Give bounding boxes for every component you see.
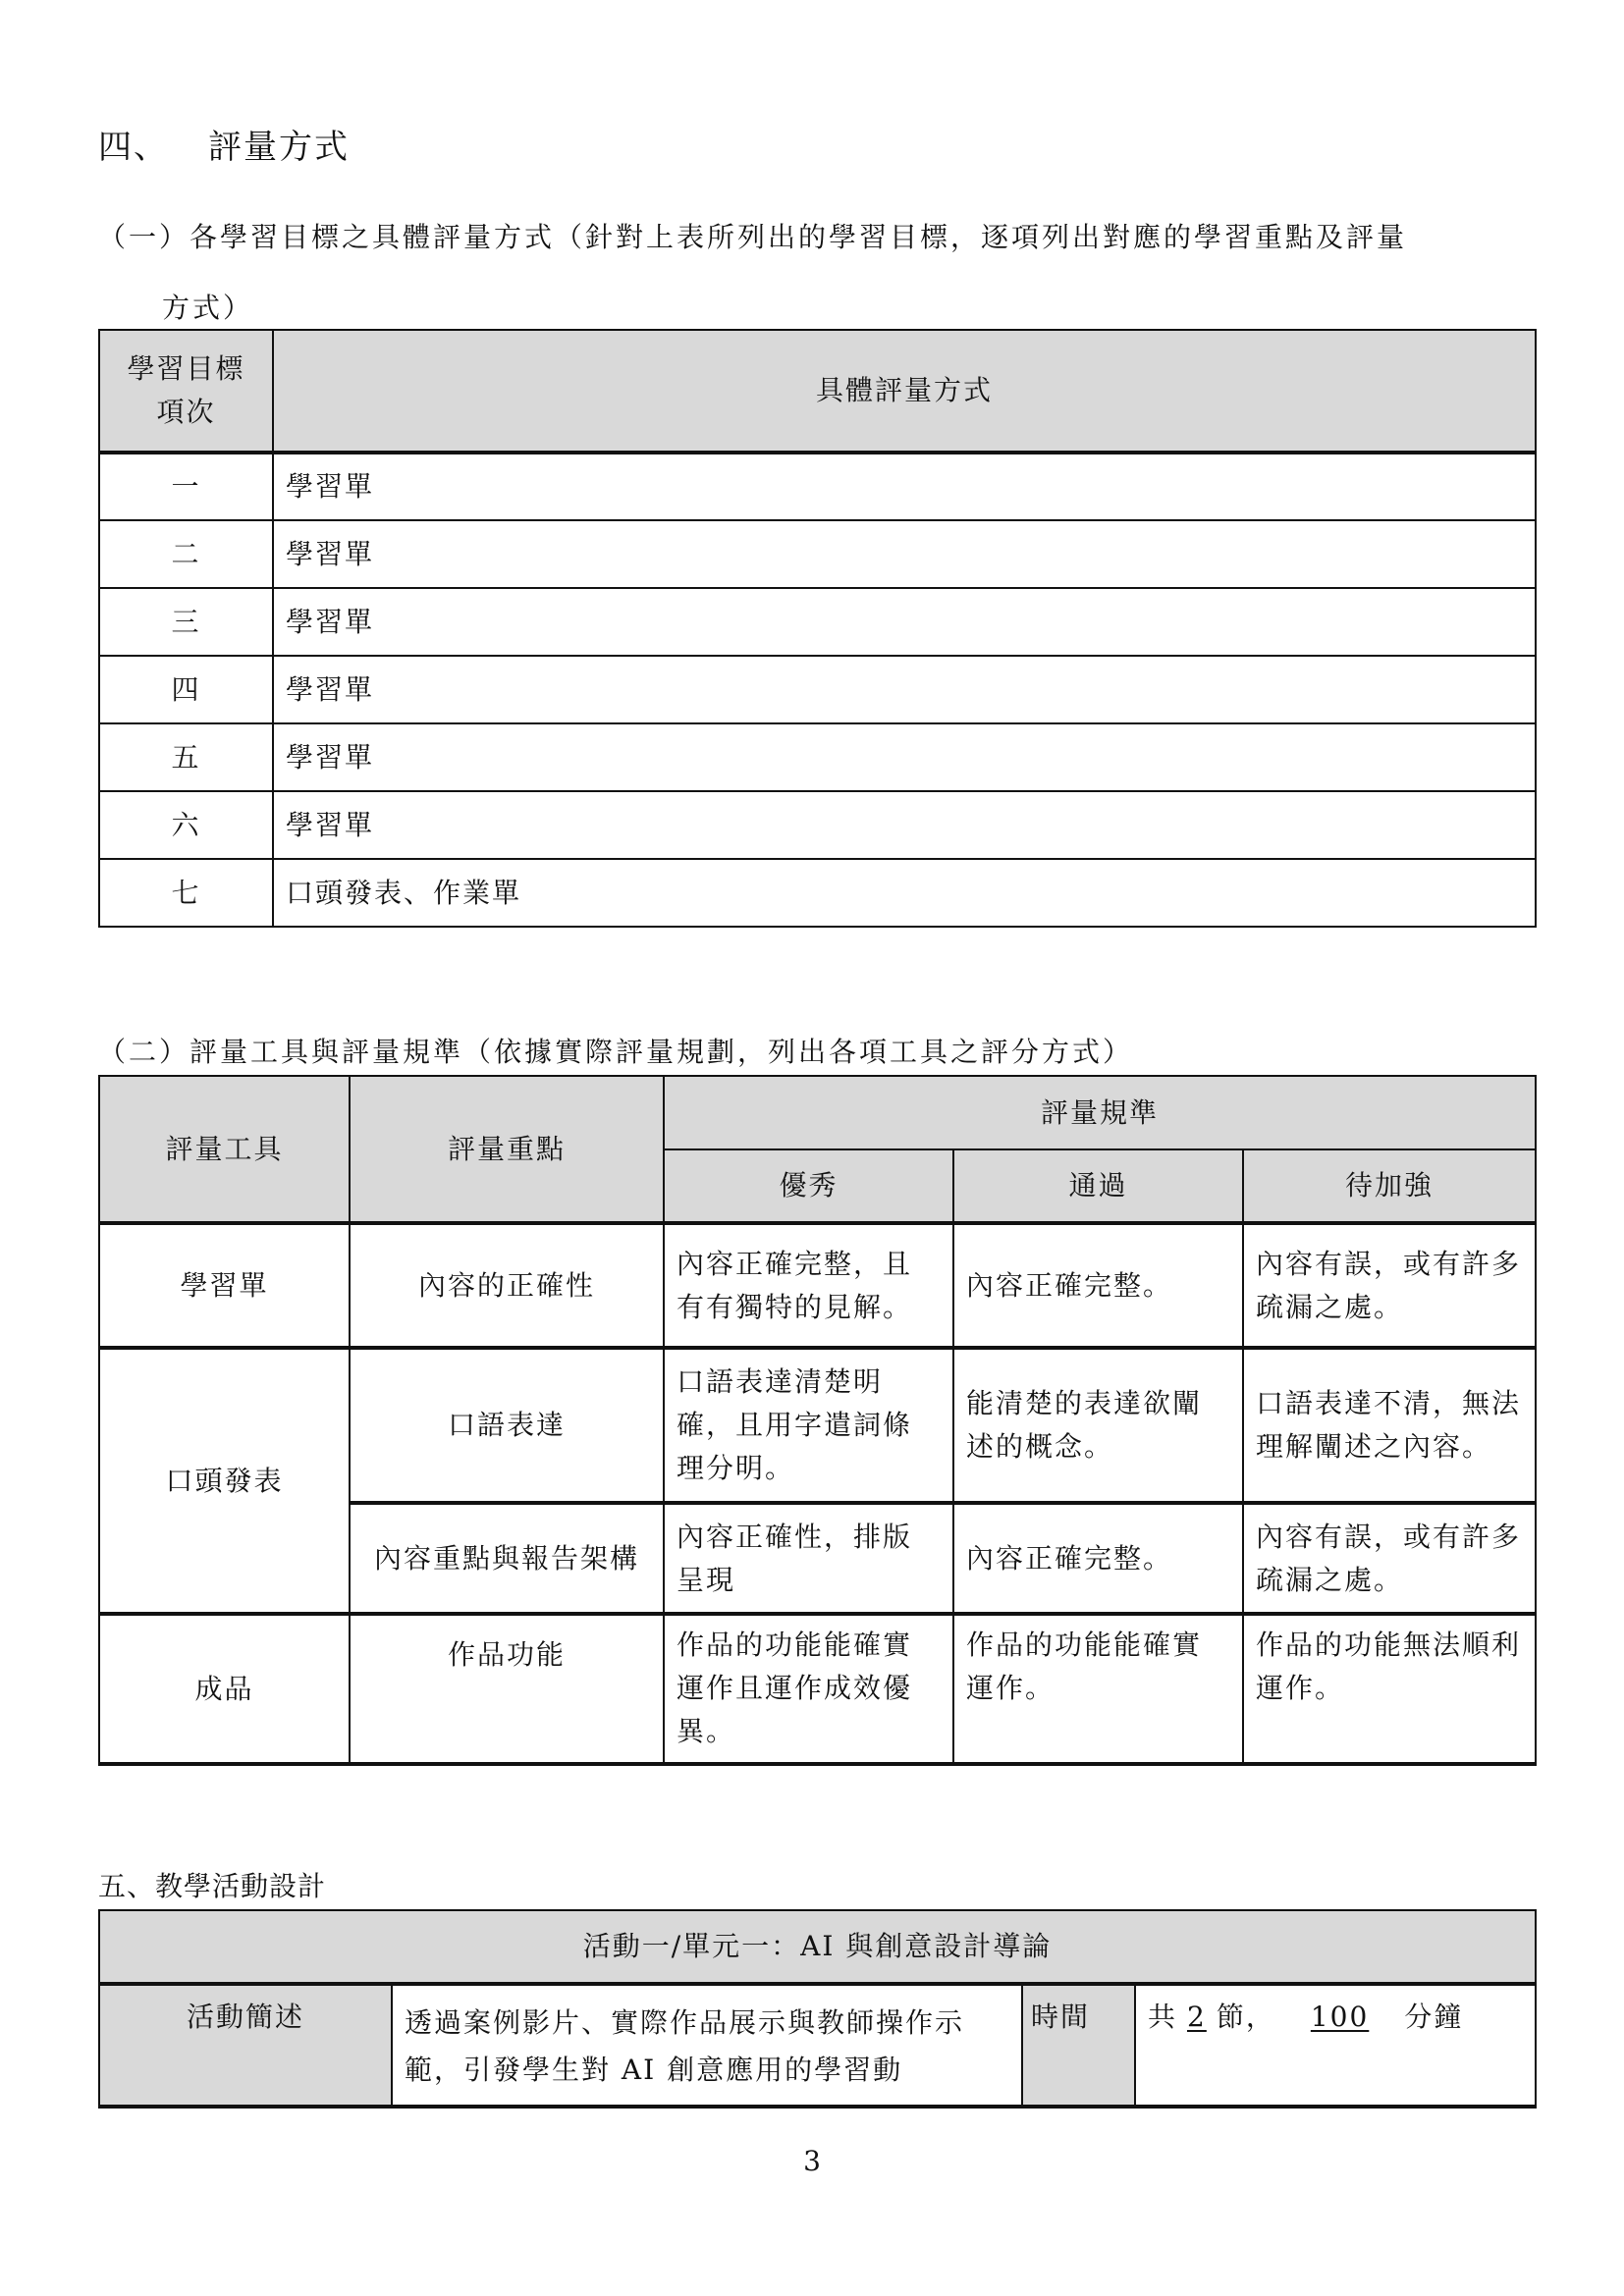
focus-cell: 內容重點與報告架構	[350, 1503, 664, 1614]
time-mid: 節，	[1217, 2001, 1275, 2033]
table-row: 四 學習單	[99, 656, 1536, 723]
item-number: 三	[99, 588, 273, 656]
time-suffix: 分鐘	[1404, 2001, 1463, 2033]
subsection-1-heading: （一）各學習目標之具體評量方式（針對上表所列出的學習目標，逐項列出對應的學習重點…	[98, 216, 1407, 255]
focus-cell: 作品功能	[350, 1614, 664, 1764]
activity-title: 活動一/單元一：AI 與創意設計導論	[99, 1910, 1536, 1984]
header-pass: 通過	[953, 1149, 1243, 1223]
table-row: 六 學習單	[99, 791, 1536, 859]
subsection-2-number: （二）	[98, 1036, 189, 1068]
section-5-heading: 五、教學活動設計	[98, 1865, 326, 1904]
tool-cell: 口頭發表	[99, 1348, 350, 1614]
header-item-number: 學習目標 項次	[99, 330, 273, 453]
time-label: 時間	[1022, 1984, 1135, 2107]
tool-cell: 成品	[99, 1614, 350, 1764]
time-prefix: 共	[1148, 2001, 1177, 2033]
pass-cell: 內容正確完整。	[953, 1223, 1243, 1348]
header-improve: 待加強	[1243, 1149, 1536, 1223]
tool-cell: 學習單	[99, 1223, 350, 1348]
time-value: 共2節，100分鐘	[1135, 1984, 1536, 2107]
focus-cell: 口語表達	[350, 1348, 664, 1503]
page-number: 3	[0, 2145, 1624, 2177]
excellent-cell: 作品的功能能確實運作且運作成效優異。	[664, 1614, 953, 1764]
table-row: 七 口頭發表、作業單	[99, 859, 1536, 927]
subsection-1-number: （一）	[98, 221, 189, 253]
table-header-row: 學習目標 項次 具體評量方式	[99, 330, 1536, 453]
header-item-line1: 學習目標	[112, 347, 260, 391]
header-item-line2: 項次	[112, 391, 260, 434]
section-4-title: 評量方式	[208, 128, 350, 167]
assessment-method: 學習單	[273, 520, 1536, 588]
item-number: 一	[99, 453, 273, 520]
summary-text: 透過案例影片、實際作品展示與教師操作示範，引發學生對 AI 創意應用的學習動	[392, 1984, 1022, 2107]
section-4-heading: 四、評量方式	[98, 120, 350, 168]
excellent-cell: 內容正確完整，且有有獨特的見解。	[664, 1223, 953, 1348]
item-number: 七	[99, 859, 273, 927]
subsection-2-heading: （二）評量工具與評量規準（依據實際評量規劃，列出各項工具之評分方式）	[98, 1031, 1133, 1070]
item-number: 四	[99, 656, 273, 723]
item-number: 二	[99, 520, 273, 588]
subsection-1-title-line2: 方式）	[162, 287, 253, 326]
assessment-method: 學習單	[273, 453, 1536, 520]
focus-cell: 內容的正確性	[350, 1223, 664, 1348]
summary-label: 活動簡述	[99, 1984, 392, 2107]
activity-design-table: 活動一/單元一：AI 與創意設計導論 活動簡述 透過案例影片、實際作品展示與教師…	[98, 1909, 1537, 2109]
improve-cell: 作品的功能無法順利運作。	[1243, 1614, 1536, 1764]
pass-cell: 作品的功能能確實運作。	[953, 1614, 1243, 1764]
table-row: 二 學習單	[99, 520, 1536, 588]
assessment-method: 口頭發表、作業單	[273, 859, 1536, 927]
excellent-cell: 內容正確性，排版呈現	[664, 1503, 953, 1614]
header-excellent: 優秀	[664, 1149, 953, 1223]
header-tool: 評量工具	[99, 1076, 350, 1223]
table-row: 一 學習單	[99, 453, 1536, 520]
table-row: 三 學習單	[99, 588, 1536, 656]
improve-cell: 內容有誤，或有許多疏漏之處。	[1243, 1223, 1536, 1348]
activity-summary-row: 活動簡述 透過案例影片、實際作品展示與教師操作示範，引發學生對 AI 創意應用的…	[99, 1984, 1536, 2107]
rubric-row: 成品 作品功能 作品的功能能確實運作且運作成效優異。 作品的功能能確實運作。 作…	[99, 1614, 1536, 1764]
assessment-method: 學習單	[273, 588, 1536, 656]
subsection-1-title-line1: 各學習目標之具體評量方式（針對上表所列出的學習目標，逐項列出對應的學習重點及評量	[189, 221, 1407, 253]
excellent-cell: 口語表達清楚明確，且用字遣詞條理分明。	[664, 1348, 953, 1503]
header-assessment-method: 具體評量方式	[273, 330, 1536, 453]
minutes-count: 100	[1275, 2001, 1404, 2033]
rubric-header-row: 評量工具 評量重點 評量規準	[99, 1076, 1536, 1149]
item-number: 六	[99, 791, 273, 859]
item-number: 五	[99, 723, 273, 791]
pass-cell: 能清楚的表達欲闡述的概念。	[953, 1348, 1243, 1503]
assessment-method: 學習單	[273, 723, 1536, 791]
table-row: 五 學習單	[99, 723, 1536, 791]
header-criteria: 評量規準	[664, 1076, 1536, 1149]
header-focus: 評量重點	[350, 1076, 664, 1223]
rubric-table: 評量工具 評量重點 評量規準 優秀 通過 待加強 學習單 內容的正確性 內容正確…	[98, 1075, 1537, 1766]
assessment-method: 學習單	[273, 791, 1536, 859]
pass-cell: 內容正確完整。	[953, 1503, 1243, 1614]
sessions-count: 2	[1177, 2001, 1217, 2033]
assessment-method-table: 學習目標 項次 具體評量方式 一 學習單 二 學習單 三 學習單 四 學習單 五…	[98, 329, 1537, 928]
rubric-row: 口頭發表 口語表達 口語表達清楚明確，且用字遣詞條理分明。 能清楚的表達欲闡述的…	[99, 1348, 1536, 1503]
rubric-row: 學習單 內容的正確性 內容正確完整，且有有獨特的見解。 內容正確完整。 內容有誤…	[99, 1223, 1536, 1348]
activity-title-row: 活動一/單元一：AI 與創意設計導論	[99, 1910, 1536, 1984]
assessment-method: 學習單	[273, 656, 1536, 723]
section-4-number: 四、	[98, 120, 208, 168]
improve-cell: 內容有誤，或有許多疏漏之處。	[1243, 1503, 1536, 1614]
improve-cell: 口語表達不清，無法理解闡述之內容。	[1243, 1348, 1536, 1503]
subsection-2-title: 評量工具與評量規準（依據實際評量規劃，列出各項工具之評分方式）	[189, 1036, 1133, 1068]
